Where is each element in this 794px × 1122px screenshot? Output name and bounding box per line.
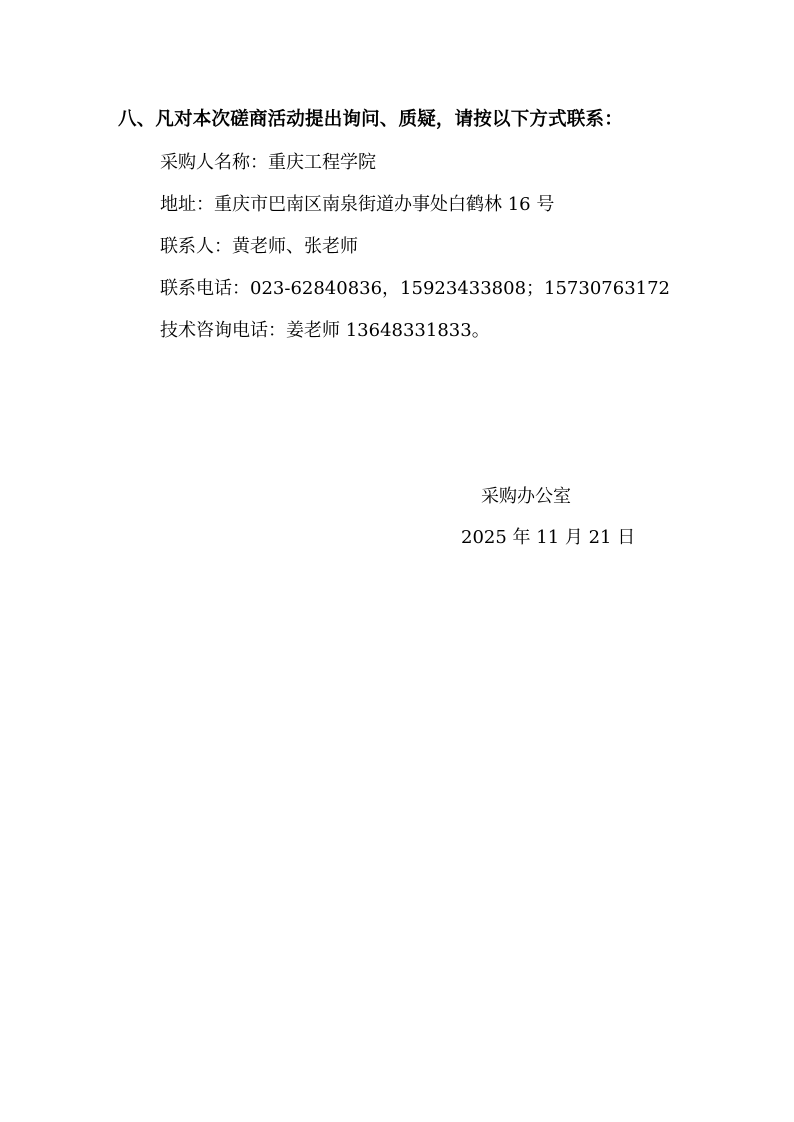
address: 地址：重庆市巴南区南泉街道办事处白鹤林 16 号 bbox=[160, 190, 554, 216]
section-heading: 八、凡对本次磋商活动提出询问、质疑，请按以下方式联系： bbox=[118, 105, 623, 131]
signature-date: 2025 年 11 月 21 日 bbox=[461, 523, 635, 549]
contact-phone: 联系电话：023-62840836，15923433808；1573076317… bbox=[160, 274, 670, 300]
technical-consult-phone: 技术咨询电话：姜老师 13648331833。 bbox=[160, 316, 490, 342]
signature-office: 采购办公室 bbox=[481, 482, 571, 508]
document-page: 八、凡对本次磋商活动提出询问、质疑，请按以下方式联系： 采购人名称：重庆工程学院… bbox=[0, 0, 794, 1122]
contact-person: 联系人：黄老师、张老师 bbox=[160, 232, 358, 258]
purchaser-name: 采购人名称：重庆工程学院 bbox=[160, 148, 376, 174]
